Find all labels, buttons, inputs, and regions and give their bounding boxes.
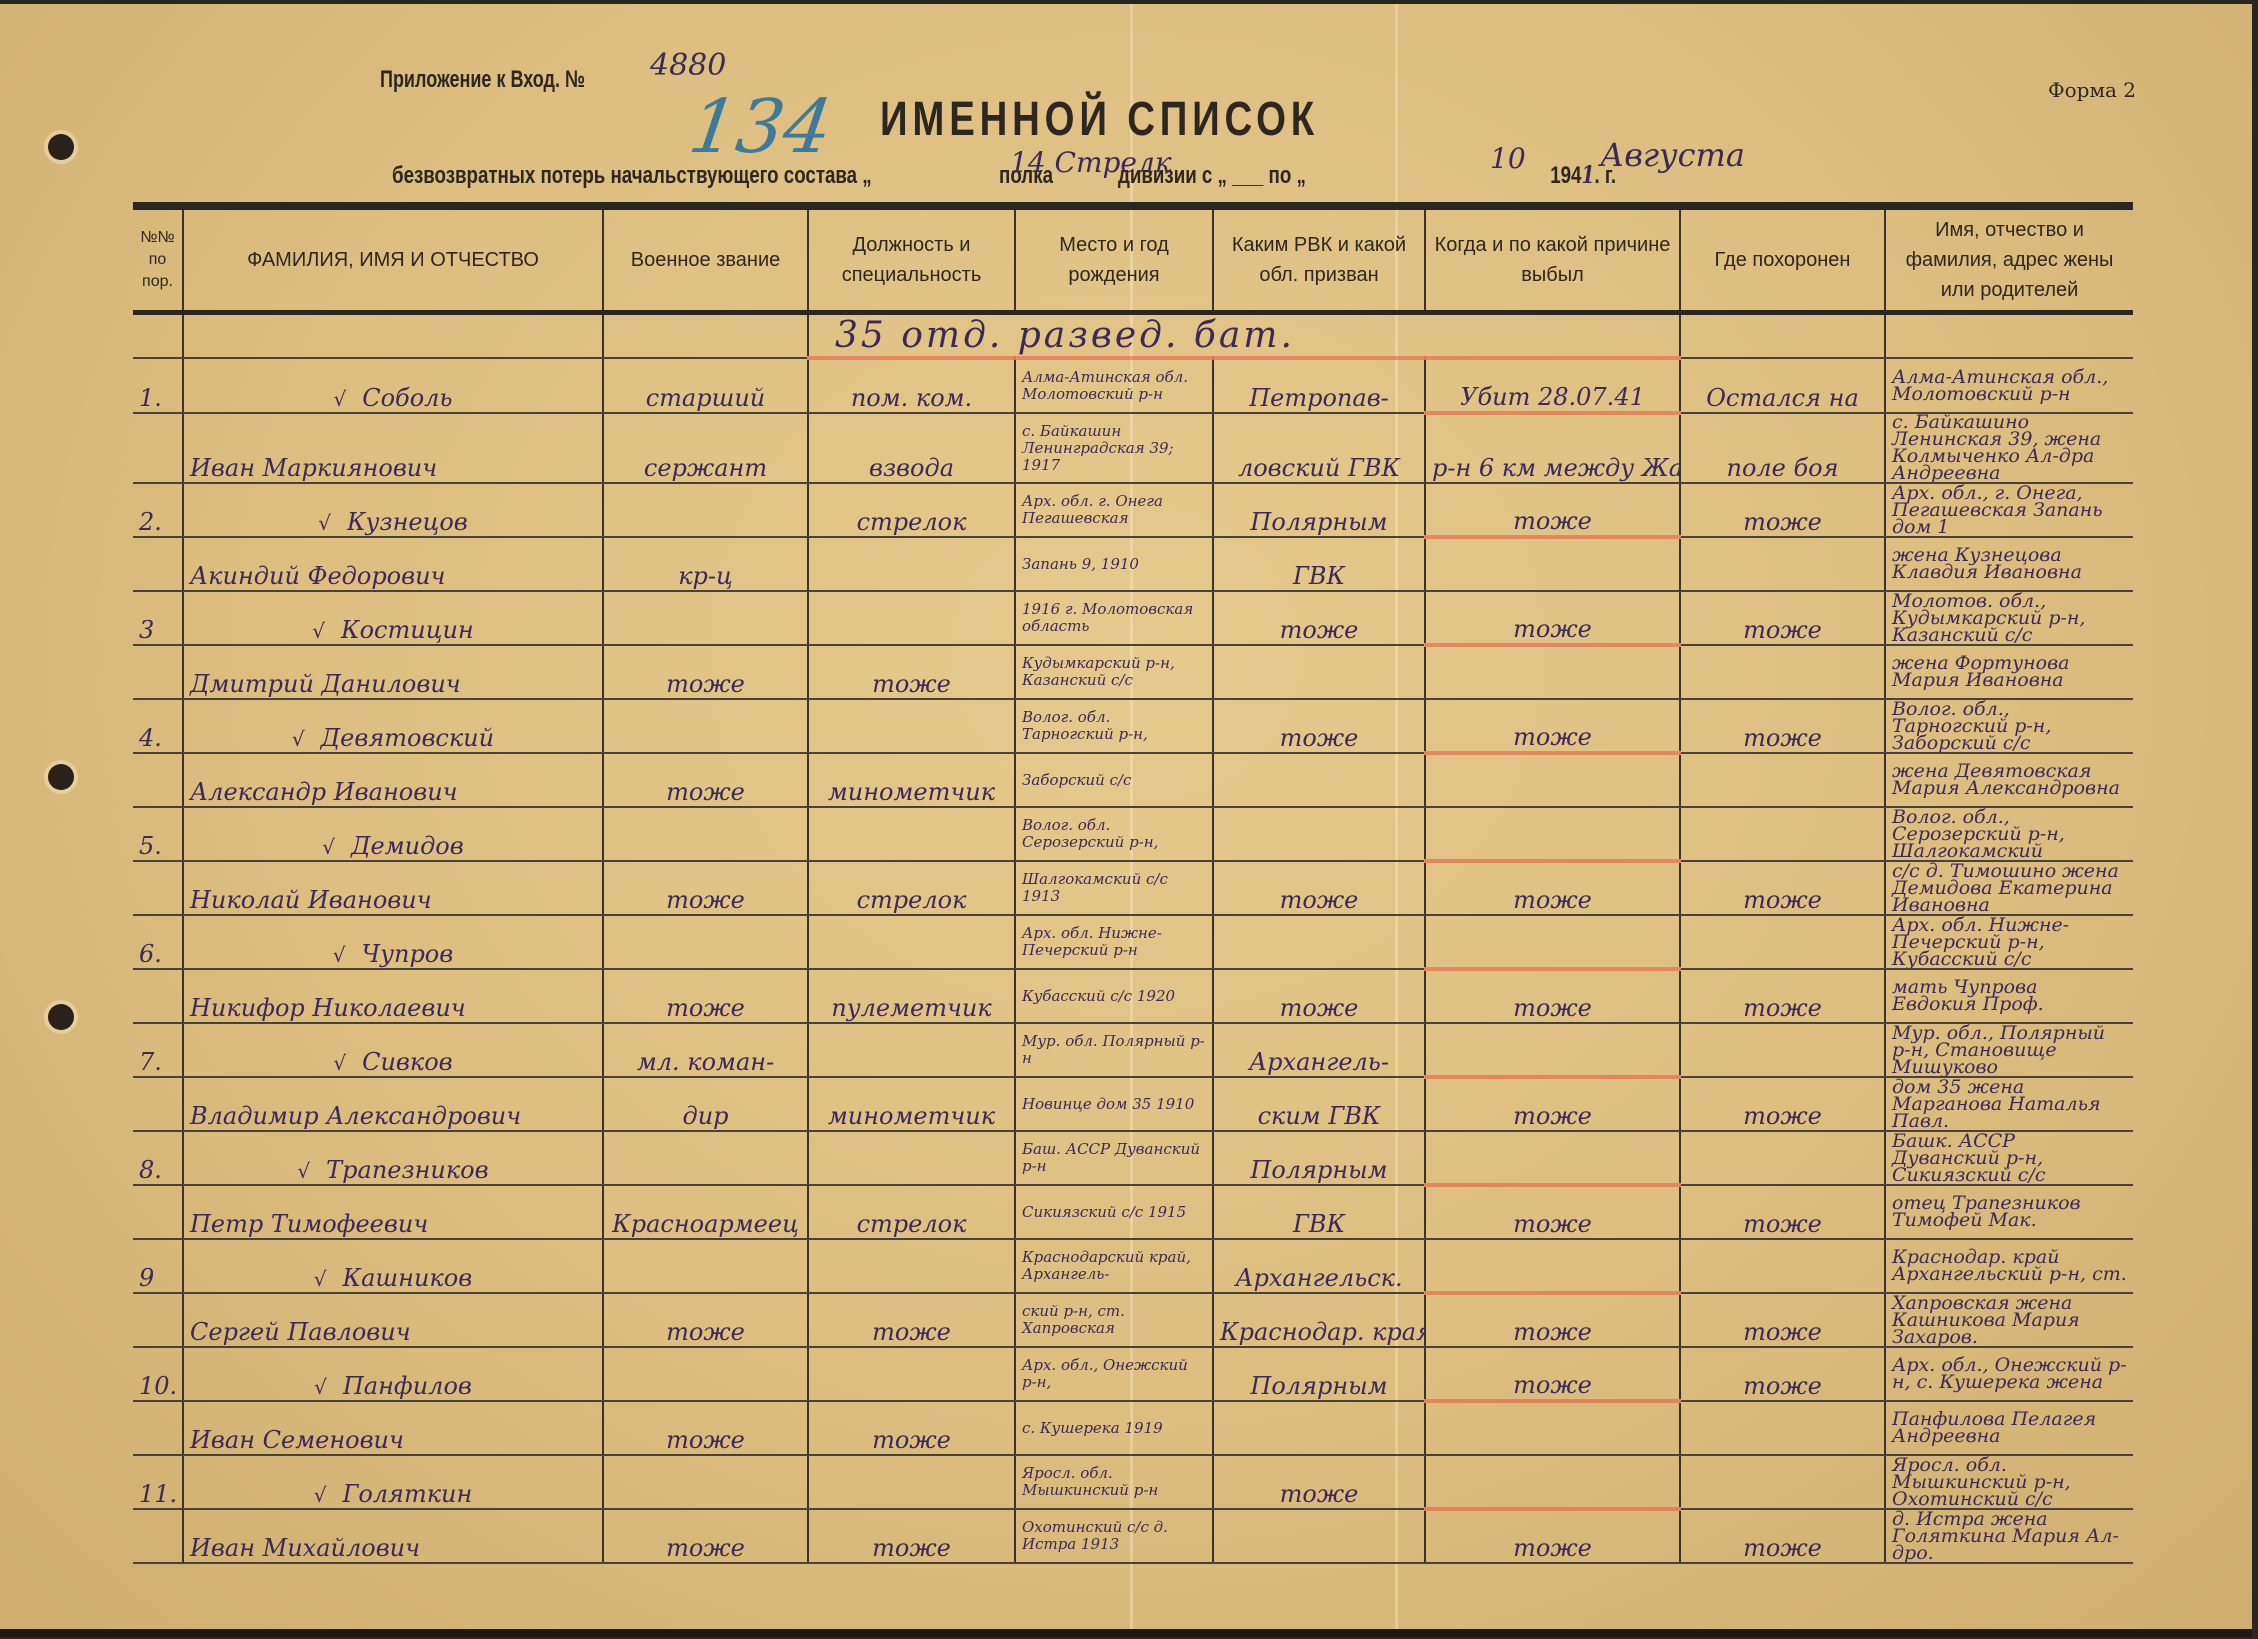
given-names: Иван Михайлович [183,1509,603,1563]
buried-line-2: тоже [1680,969,1885,1023]
row-number: 2. [133,483,183,537]
kin-line-2: д. Истра жена Голяткина Мария Ал-дро. [1885,1509,2133,1563]
rvk-line-1: тоже [1213,1455,1425,1509]
table-row: Александр ИвановичтожеминометчикЗаборски… [133,753,2133,807]
buried-line-2: тоже [1680,1293,1885,1347]
birth-line-1: Арх. обл. г. Онега Пегашевская [1015,483,1213,537]
surname: Сивков [362,1048,453,1076]
birth-line-1: Арх. обл., Онежский р-н, [1015,1347,1213,1401]
rank-line-2: тоже [603,969,808,1023]
birth-line-1: Яросл. обл. Мышкинский р-н [1015,1455,1213,1509]
kin-line-1: Яросл. обл. Мышкинский р-н, Охотинский с… [1885,1455,2133,1509]
rank-line-2: тоже [603,1401,808,1455]
table-row: 2.√КузнецовстрелокАрх. обл. г. Онега Пег… [133,483,2133,537]
section-row: 35 отд. развед. бат. [133,313,2133,359]
rvk-line-1: Архангель- [1213,1023,1425,1077]
table-row: 8.√ТрапезниковБаш. АССР Дуванский р-нПол… [133,1131,2133,1185]
checkmark-icon: √ [333,943,346,967]
table-row: 10.√ПанфиловАрх. обл., Онежский р-н,Поля… [133,1347,2133,1401]
given-names: Николай Иванович [183,861,603,915]
buried-line-1: тоже [1680,1347,1885,1401]
col-position: Должность и специальность [808,206,1015,313]
rank-line-2: тоже [603,645,808,699]
buried-line-1 [1680,1131,1885,1185]
birth-line-1: 1916 г. Молотовская область [1015,591,1213,645]
birth-line-2: Охотинский с/с д. Истра 1913 [1015,1509,1213,1563]
punch-hole [48,1004,74,1030]
buried-line-2 [1680,645,1885,699]
rank-line-1 [603,1131,808,1185]
rank-line-1 [603,483,808,537]
table-row: Иван Маркияновичсержантвзводас. Байкашин… [133,413,2133,483]
reason-line-1 [1425,807,1680,861]
surname: Чупров [362,940,454,968]
position-line-2: тоже [808,1401,1015,1455]
reason-line-1 [1425,1023,1680,1077]
buried-line-1 [1680,1455,1885,1509]
kin-line-1: Башк. АССР Дуванский р-н, Сикиязский с/с [1885,1131,2133,1185]
reason-line-2: тоже [1425,1077,1680,1131]
archive-number: 134 [684,84,837,170]
rvk-line-1: Полярным [1213,1347,1425,1401]
rank-line-1: старший [603,358,808,413]
checkmark-icon: √ [312,619,325,643]
table-row: Петр ТимофеевичКрасноармеецстрелокСикияз… [133,1185,2133,1239]
col-rvk: Каким РВК и какой обл. призван [1213,206,1425,313]
position-line-1 [808,915,1015,969]
surname: Голяткин [342,1480,472,1508]
date-day: 10 [1490,142,1526,175]
kin-line-1: Краснодар. край Архангельский р-н, ст. [1885,1239,2133,1293]
punch-hole [48,134,74,160]
kin-line-2: дом 35 жена Марганова Наталья Павл. [1885,1077,2133,1131]
rvk-line-1 [1213,807,1425,861]
table-row: 7.√Сивковмл. коман-Мур. обл. Полярный р-… [133,1023,2133,1077]
reason-line-2: тоже [1425,969,1680,1023]
surname: Демидов [351,832,464,860]
buried-line-2: тоже [1680,1509,1885,1563]
position-line-1 [808,1023,1015,1077]
birth-line-2: Кубасский с/с 1920 [1015,969,1213,1023]
checkmark-icon: √ [314,1267,327,1291]
position-line-1 [808,807,1015,861]
reason-line-2: тоже [1425,1509,1680,1563]
position-line-2: стрелок [808,861,1015,915]
reason-line-2 [1425,537,1680,591]
col-number: №№ по пор. [133,206,183,313]
position-line-1 [808,591,1015,645]
rank-line-2: тоже [603,753,808,807]
table-row: 11.√ГоляткинЯросл. обл. Мышкинский р-нто… [133,1455,2133,1509]
row-number: 5. [133,807,183,861]
birth-line-1: Баш. АССР Дуванский р-н [1015,1131,1213,1185]
reason-line-1 [1425,1455,1680,1509]
casualty-list-table: №№ по пор. ФАМИЛИЯ, ИМЯ И ОТЧЕСТВО Военн… [133,202,2133,1564]
table-row: 6.√ЧупровАрх. обл. Нижне-Печерский р-нАр… [133,915,2133,969]
birth-line-2: Сикиязский с/с 1915 [1015,1185,1213,1239]
rank-line-2: дир [603,1077,808,1131]
kin-line-1: Алма-Атинская обл., Молотовский р-н [1885,358,2133,413]
birth-line-2: Новинце дом 35 1910 [1015,1077,1213,1131]
birth-line-2: ский р-н, ст. Хапровская [1015,1293,1213,1347]
checkmark-icon: √ [292,727,305,751]
surname: Костицин [341,616,474,644]
rvk-line-2: тоже [1213,861,1425,915]
document-title: ИМЕННОЙ СПИСОК [880,92,1319,147]
document-sheet: Приложение к Вход. № 4880 134 ИМЕННОЙ СП… [0,4,2252,1637]
kin-line-1: Волог. обл., Тарногский р-н, Заборский с… [1885,699,2133,753]
position-line-2: тоже [808,645,1015,699]
rvk-line-2: ским ГВК [1213,1077,1425,1131]
reason-line-1: тоже [1425,591,1680,645]
col-birth: Место и год рождения [1015,206,1213,313]
reason-line-2 [1425,753,1680,807]
row-number: 1. [133,358,183,413]
rvk-line-2 [1213,1509,1425,1563]
row-number: 9 [133,1239,183,1293]
reason-line-2 [1425,645,1680,699]
rank-line-1 [603,1347,808,1401]
position-line-1 [808,1239,1015,1293]
buried-line-1: тоже [1680,483,1885,537]
surname: Девятовский [321,724,494,752]
table-row: 4.√ДевятовскийВолог. обл. Тарногский р-н… [133,699,2133,753]
kin-line-2: с/с д. Тимошино жена Демидова Екатерина … [1885,861,2133,915]
row-number: 3 [133,591,183,645]
kin-line-1: Арх. обл., Онежский р-н, с. Кушерека жен… [1885,1347,2133,1401]
form-label: Форма 2 [2048,78,2136,102]
checkmark-icon: √ [333,1051,346,1075]
row-number: 10. [133,1347,183,1401]
year-prefix: 194 [1550,162,1581,189]
rvk-line-1: Полярным [1213,1131,1425,1185]
section-heading: 35 отд. развед. бат. [815,315,1295,356]
kin-line-1: Молотов. обл., Кудымкарский р-н, Казанск… [1885,591,2133,645]
kin-line-1: Волог. обл., Серозерский р-н, Шалгокамск… [1885,807,2133,861]
position-line-1 [808,1347,1015,1401]
rank-line-2: тоже [603,1293,808,1347]
reason-line-1: Убит 28.07.41 [1425,358,1680,413]
kin-line-1: Арх. обл., г. Онега, Пегашевская Запань … [1885,483,2133,537]
rvk-line-2: ГВК [1213,1185,1425,1239]
checkmark-icon: √ [314,1375,327,1399]
table-header-row: №№ по пор. ФАМИЛИЯ, ИМЯ И ОТЧЕСТВО Военн… [133,206,2133,313]
reason-line-1: тоже [1425,1347,1680,1401]
rvk-line-2: ловский ГВК [1213,413,1425,483]
rank-line-1 [603,807,808,861]
birth-line-1: Краснодарский край, Архангель- [1015,1239,1213,1293]
table-row: Акиндий Федоровичкр-цЗапань 9, 1910ГВКже… [133,537,2133,591]
kin-line-2: отец Трапезников Тимофей Мак. [1885,1185,2133,1239]
given-names: Александр Иванович [183,753,603,807]
given-names: Акиндий Федорович [183,537,603,591]
checkmark-icon: √ [333,387,346,411]
col-full-name: ФАМИЛИЯ, ИМЯ И ОТЧЕСТВО [183,206,603,313]
buried-line-2: тоже [1680,1077,1885,1131]
punch-hole [48,764,74,790]
table-row: Сергей Павловичтожетожеский р-н, ст. Хап… [133,1293,2133,1347]
kin-line-1: Мур. обл., Полярный р-н, Становище Мишук… [1885,1023,2133,1077]
buried-line-2: тоже [1680,1185,1885,1239]
row-number: 8. [133,1131,183,1185]
table-row: 9√КашниковКраснодарский край, Архангель-… [133,1239,2133,1293]
subtitle-prefix: безвозвратных потерь начальствующего сос… [392,162,872,189]
col-buried: Где похоронен [1680,206,1885,313]
rvk-line-2: тоже [1213,969,1425,1023]
given-names: Сергей Павлович [183,1293,603,1347]
buried-line-2 [1680,753,1885,807]
position-line-1 [808,699,1015,753]
surname: Панфилов [343,1372,472,1400]
reason-line-2: р-н 6 км между Жатовкой и Мышанской [1425,413,1680,483]
buried-line-1 [1680,1023,1885,1077]
table-row: 5.√ДемидовВолог. обл. Серозерский р-н,Во… [133,807,2133,861]
table-row: 1.√Собольстаршийпом. ком.Алма-Атинская о… [133,358,2133,413]
reason-line-2 [1425,1401,1680,1455]
checkmark-icon: √ [297,1159,310,1183]
buried-line-1: тоже [1680,699,1885,753]
rvk-line-1: Полярным [1213,483,1425,537]
year-digit: 1 [1581,160,1594,189]
position-line-2: минометчик [808,753,1015,807]
table-row: Иван МихайловичтожетожеОхотинский с/с д.… [133,1509,2133,1563]
given-names: Иван Семенович [183,1401,603,1455]
col-rank: Военное звание [603,206,808,313]
col-reason: Когда и по какой причине выбыл [1425,206,1680,313]
birth-line-2: Заборский с/с [1015,753,1213,807]
birth-line-2: Кудымкарский р-н, Казанский с/с [1015,645,1213,699]
attachment-label: Приложение к Вход. № [380,66,585,94]
reason-line-1: тоже [1425,483,1680,537]
reason-line-2: тоже [1425,1185,1680,1239]
row-number: 11. [133,1455,183,1509]
table-row: Николай ИвановичтожестрелокШалгокамский … [133,861,2133,915]
birth-line-2: с. Кушерека 1919 [1015,1401,1213,1455]
surname: Кашников [343,1264,473,1292]
rank-line-1 [603,699,808,753]
kin-line-2: Панфилова Пелагея Андреевна [1885,1401,2133,1455]
position-line-2: стрелок [808,1185,1015,1239]
buried-line-2 [1680,537,1885,591]
rvk-line-2 [1213,645,1425,699]
reason-line-1 [1425,1131,1680,1185]
table-row: Дмитрий ДаниловичтожетожеКудымкарский р-… [133,645,2133,699]
rank-line-2: сержант [603,413,808,483]
kin-line-1: Арх. обл. Нижне-Печерский р-н, Кубасский… [1885,915,2133,969]
table-row: Владимир АлександровичдирминометчикНовин… [133,1077,2133,1131]
reason-line-1 [1425,915,1680,969]
buried-line-2 [1680,1401,1885,1455]
buried-line-1 [1680,915,1885,969]
kin-line-2: жена Фортунова Мария Ивановна [1885,645,2133,699]
rank-line-1: мл. коман- [603,1023,808,1077]
col-kin: Имя, отчество и фамилия, адрес жены или … [1885,206,2133,313]
buried-line-2: тоже [1680,861,1885,915]
kin-line-2: Хапровская жена Кашникова Мария Захаров. [1885,1293,2133,1347]
position-line-1: стрелок [808,483,1015,537]
reason-line-2: тоже [1425,861,1680,915]
rvk-line-1: тоже [1213,699,1425,753]
position-line-1 [808,1131,1015,1185]
rvk-line-1: Архангельск. [1213,1239,1425,1293]
row-number: 7. [133,1023,183,1077]
reason-line-2: тоже [1425,1293,1680,1347]
rvk-line-2 [1213,753,1425,807]
subtitle-to: по „ [1269,162,1306,189]
birth-line-2: Запань 9, 1910 [1015,537,1213,591]
reason-line-1 [1425,1239,1680,1293]
attachment-number: 4880 [650,48,726,83]
birth-line-2: Шалгокамский с/с 1913 [1015,861,1213,915]
surname: Трапезников [326,1156,488,1184]
buried-line-1 [1680,1239,1885,1293]
position-line-2: взвода [808,413,1015,483]
position-line-2 [808,537,1015,591]
given-names: Никифор Николаевич [183,969,603,1023]
rvk-line-2 [1213,1401,1425,1455]
birth-line-1: Волог. обл. Серозерский р-н, [1015,807,1213,861]
position-line-1 [808,1455,1015,1509]
position-line-2: тоже [808,1509,1015,1563]
rvk-line-1: Петропав- [1213,358,1425,413]
birth-line-2: с. Байкашин Ленинградская 39; 1917 [1015,413,1213,483]
buried-line-1: Остался на [1680,358,1885,413]
buried-line-2: поле боя [1680,413,1885,483]
rank-line-1 [603,915,808,969]
table-row: 3√Костицин1916 г. Молотовская областьтож… [133,591,2133,645]
date-month: Августа [1600,136,1745,174]
given-names: Владимир Александрович [183,1077,603,1131]
table-row: Иван Семеновичтожетожес. Кушерека 1919Па… [133,1401,2133,1455]
birth-line-1: Арх. обл. Нижне-Печерский р-н [1015,915,1213,969]
birth-line-1: Волог. обл. Тарногский р-н, [1015,699,1213,753]
position-line-2: минометчик [808,1077,1015,1131]
table-row: Никифор НиколаевичтожепулеметчикКубасски… [133,969,2133,1023]
kin-line-2: жена Девятовская Мария Александровна [1885,753,2133,807]
rvk-line-1 [1213,915,1425,969]
rank-line-2: кр-ц [603,537,808,591]
rank-line-2: тоже [603,1509,808,1563]
rank-line-1 [603,591,808,645]
reason-line-1: тоже [1425,699,1680,753]
rank-line-1 [603,1239,808,1293]
rank-line-2: тоже [603,861,808,915]
position-line-2: пулеметчик [808,969,1015,1023]
surname: Соболь [362,384,452,412]
rvk-line-2: Краснодар. края [1213,1293,1425,1347]
rvk-line-2: ГВК [1213,537,1425,591]
birth-line-1: Мур. обл. Полярный р-н [1015,1023,1213,1077]
given-names: Иван Маркиянович [183,413,603,483]
row-number: 4. [133,699,183,753]
rank-line-1 [603,1455,808,1509]
position-line-1: пом. ком. [808,358,1015,413]
checkmark-icon: √ [322,835,335,859]
unit-handwritten: 14 Стрелк [1010,146,1172,179]
birth-line-1: Алма-Атинская обл. Молотовский р-н [1015,358,1213,413]
rank-line-2: Красноармеец [603,1185,808,1239]
buried-line-1: тоже [1680,591,1885,645]
surname: Кузнецов [347,508,468,536]
kin-line-2: жена Кузнецова Клавдия Ивановна [1885,537,2133,591]
kin-line-2: с. Байкашино Ленинская 39, жена Колмычен… [1885,413,2133,483]
buried-line-1 [1680,807,1885,861]
checkmark-icon: √ [314,1483,327,1507]
kin-line-2: мать Чупрова Евдокия Проф. [1885,969,2133,1023]
position-line-2: тоже [808,1293,1015,1347]
row-number: 6. [133,915,183,969]
given-names: Петр Тимофеевич [183,1185,603,1239]
rvk-line-1: тоже [1213,591,1425,645]
given-names: Дмитрий Данилович [183,645,603,699]
document-subtitle: безвозвратных потерь начальствующего сос… [392,160,1616,190]
checkmark-icon: √ [318,511,331,535]
